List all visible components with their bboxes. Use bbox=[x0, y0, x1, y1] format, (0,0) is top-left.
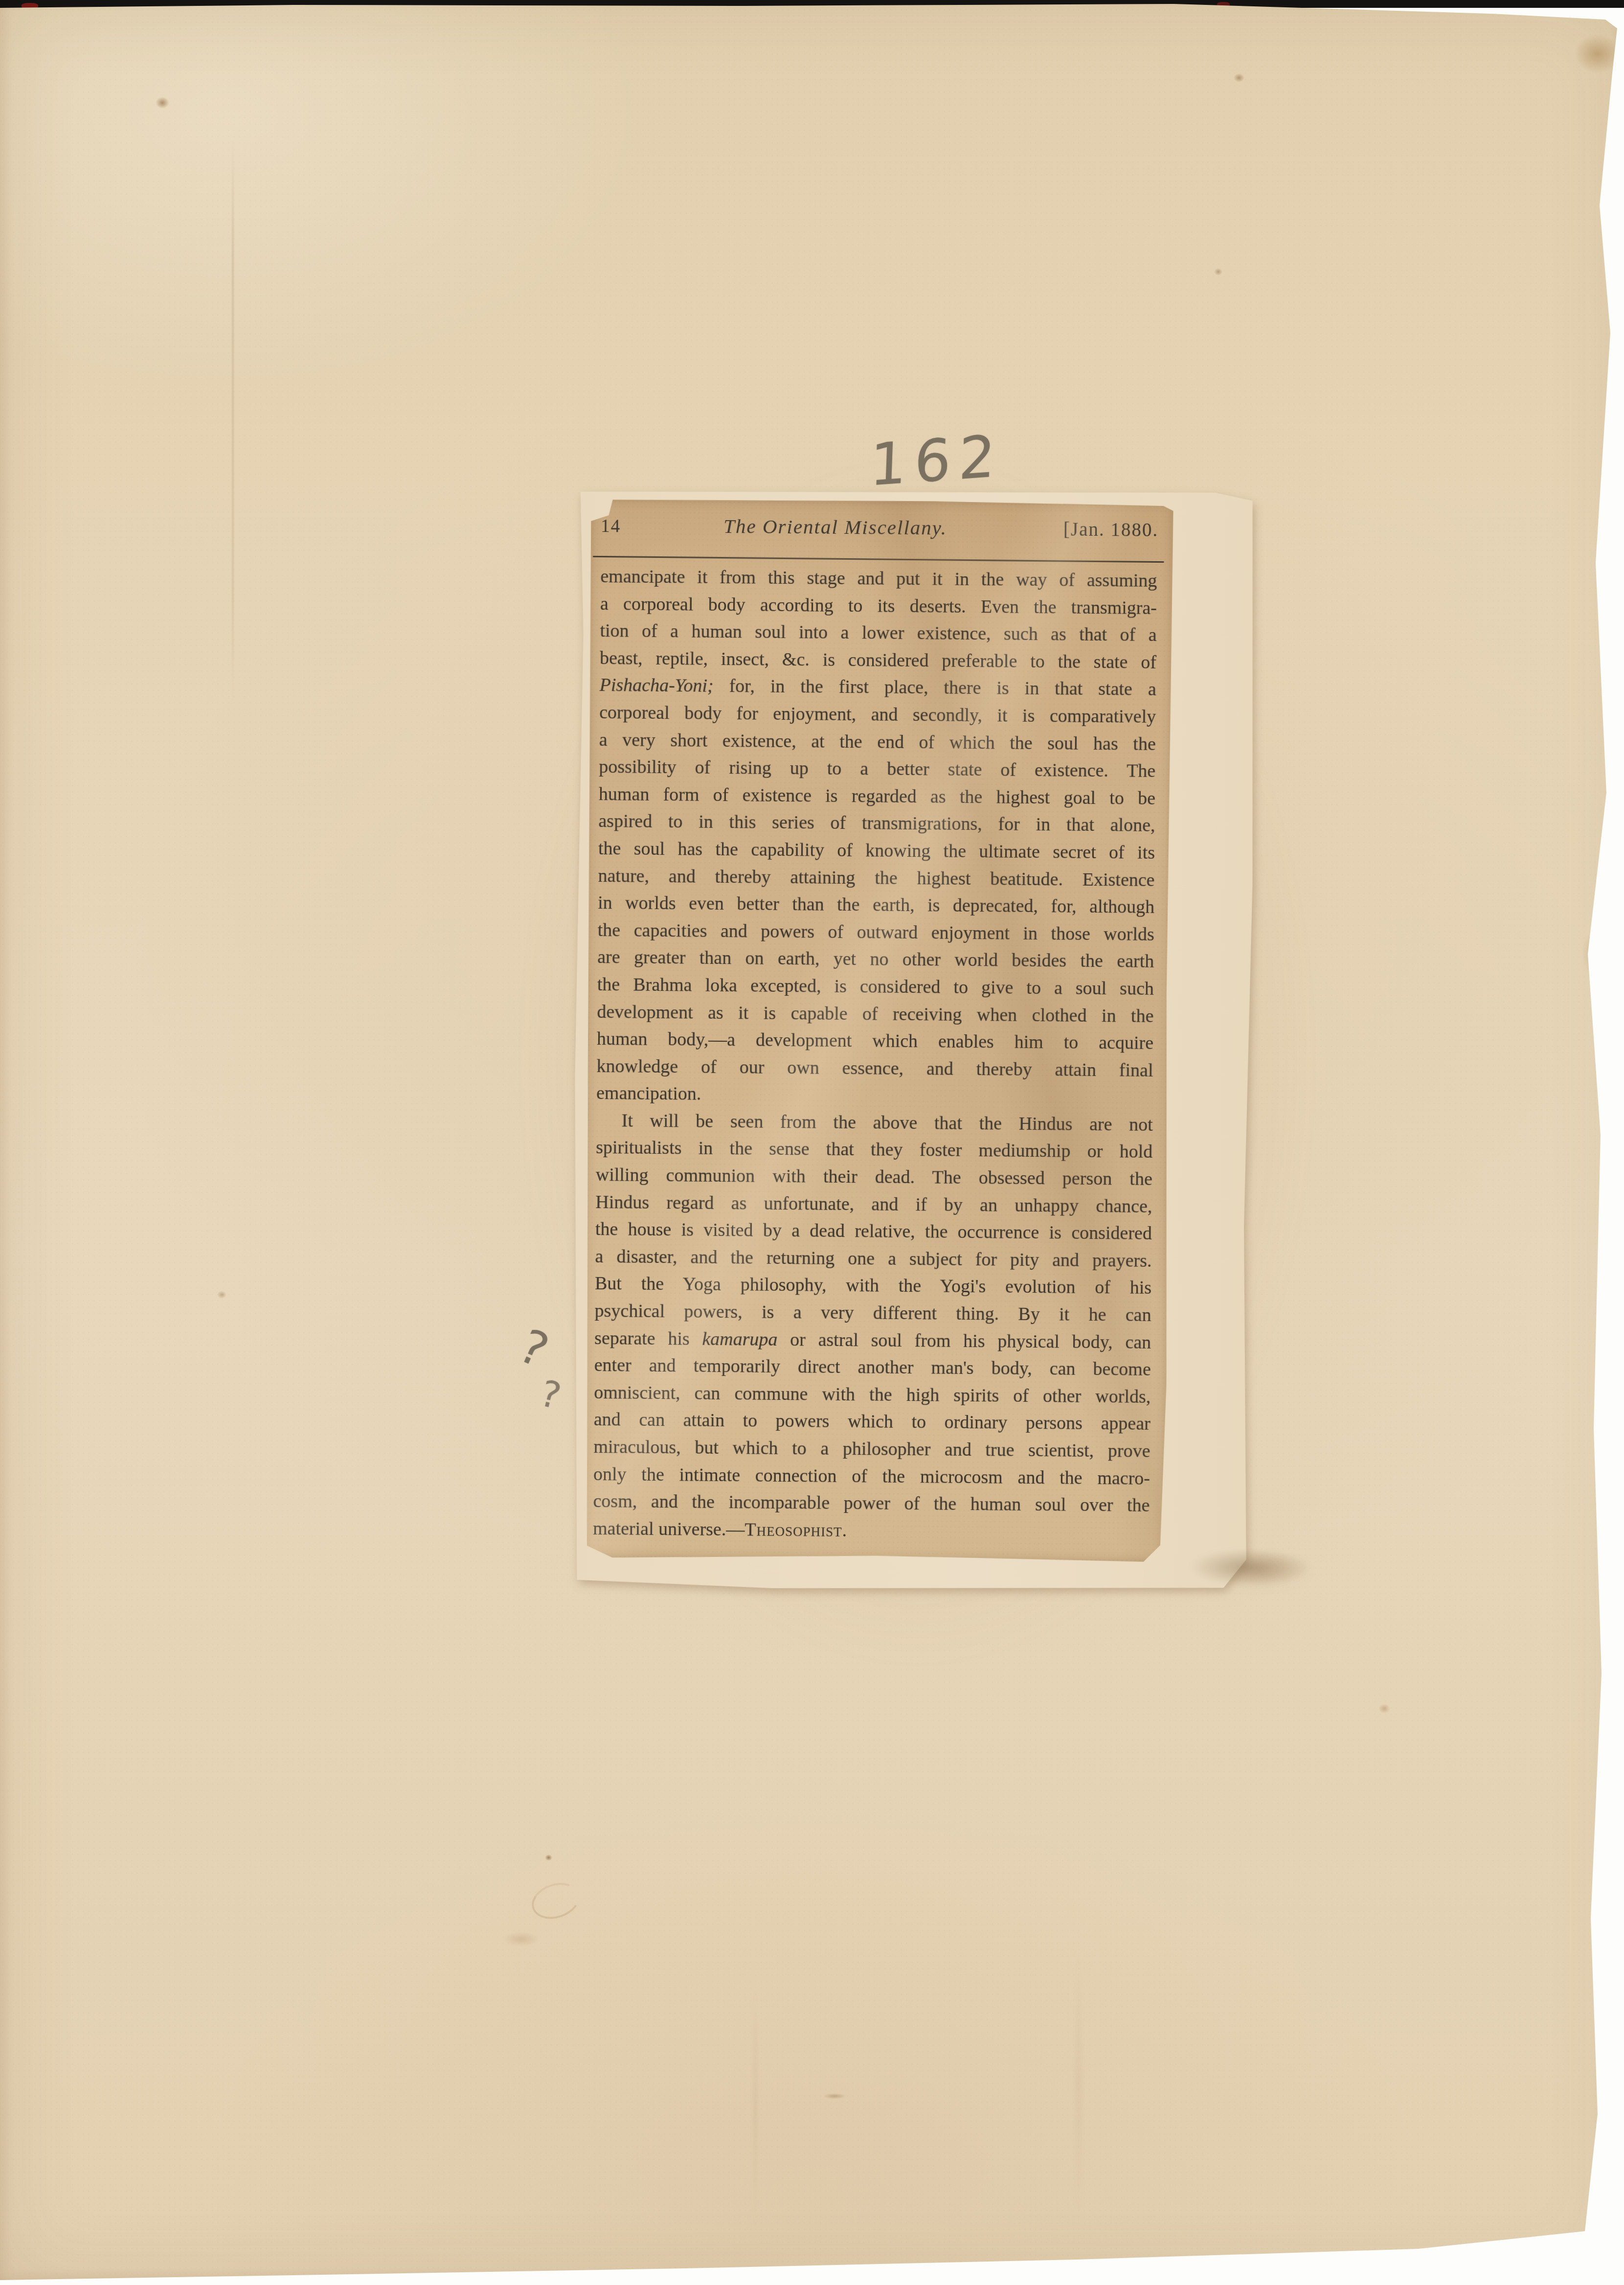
glue-shadow bbox=[1189, 1549, 1312, 1587]
text-line: knowledge of our own essence, and thereb… bbox=[596, 1053, 1153, 1085]
backing-sheet bbox=[566, 488, 1257, 1594]
text-line: cosm, and the incomparable power of the … bbox=[593, 1488, 1150, 1520]
foxing-spot bbox=[545, 1854, 552, 1861]
smallcaps-term: Theosophist. bbox=[744, 1519, 847, 1541]
text-line: are greater than on earth, yet no other … bbox=[597, 944, 1154, 976]
header-rule bbox=[593, 556, 1164, 563]
text-line: human body,—a development which enables … bbox=[597, 1026, 1153, 1057]
scanned-page: 162 ? ? 14 The Oriental Miscellany. [Jan… bbox=[0, 0, 1624, 2285]
text-line: the capacities and powers of outward enj… bbox=[598, 917, 1154, 949]
text-line: omniscient, can commune with the high sp… bbox=[594, 1379, 1150, 1411]
text-line: separate his kamarupa or astral soul fro… bbox=[594, 1325, 1151, 1357]
journal-title: The Oriental Miscellany. bbox=[723, 514, 947, 540]
ring-stain bbox=[527, 1877, 585, 1924]
smudge-stain bbox=[503, 1932, 539, 1946]
text-line: aspired to in this series of transmigrat… bbox=[598, 808, 1155, 840]
text-line: and can attain to powers which to ordina… bbox=[594, 1406, 1150, 1438]
page-number: 14 bbox=[601, 516, 621, 537]
edge-stain bbox=[1574, 34, 1621, 73]
edge-stain bbox=[1582, 930, 1609, 979]
text-line: miraculous, but which to a philosopher a… bbox=[593, 1434, 1150, 1465]
text-line: a very short existence, at the end of wh… bbox=[599, 727, 1156, 758]
paper-texture bbox=[0, 0, 1624, 2285]
text-line: a corporeal body according to its desert… bbox=[600, 591, 1157, 622]
text-line: Pishacha-Yoni; for, in the first place, … bbox=[599, 672, 1156, 704]
text-line: willing communion with their dead. The o… bbox=[596, 1162, 1152, 1193]
foxing-spot bbox=[1234, 73, 1244, 82]
text-line: beast, reptile, insect, &c. is considere… bbox=[600, 645, 1156, 677]
pencil-question-mark: ? bbox=[536, 1372, 565, 1418]
text-line: only the intimate connection of the micr… bbox=[593, 1461, 1150, 1493]
text-line: It will be seen from the above that the … bbox=[596, 1107, 1152, 1139]
italic-term: Pishacha-Yoni; bbox=[600, 675, 714, 696]
album-sheet: 162 ? ? 14 The Oriental Miscellany. [Jan… bbox=[0, 0, 1624, 2285]
text-segment: or astral soul from his physical body, c… bbox=[777, 1329, 1151, 1353]
text-line: the Brahma loka excepted, is considered … bbox=[597, 971, 1154, 1003]
mounted-clipping-group: 14 The Oriental Miscellany. [Jan. 1880. … bbox=[557, 487, 1257, 1595]
newspaper-clipping: 14 The Oriental Miscellany. [Jan. 1880. … bbox=[583, 499, 1173, 1562]
paper-crease bbox=[232, 140, 234, 703]
text-line: tion of a human soul into a lower existe… bbox=[600, 617, 1156, 649]
text-line: development as it is capable of receivin… bbox=[597, 999, 1153, 1030]
text-line: emancipation. bbox=[596, 1080, 1153, 1112]
text-line: spiritualists in the sense that they fos… bbox=[596, 1134, 1152, 1166]
text-line: psychical powers, is a very different th… bbox=[594, 1298, 1151, 1329]
text-line: emancipate it from this stage and put it… bbox=[600, 563, 1157, 595]
text-line: nature, and thereby attaining the highes… bbox=[598, 863, 1154, 894]
text-line: in worlds even better than the earth, is… bbox=[598, 890, 1154, 921]
issue-date: [Jan. 1880. bbox=[1063, 518, 1159, 541]
text-line: human form of existence is regarded as t… bbox=[599, 781, 1155, 813]
foxing-spot bbox=[1378, 1704, 1390, 1714]
paper-streak bbox=[753, 1982, 757, 2236]
text-line: the house is visited by a dead relative,… bbox=[595, 1216, 1152, 1248]
foxing-spot bbox=[217, 1291, 226, 1299]
clipping-header: 14 The Oriental Miscellany. [Jan. 1880. bbox=[601, 513, 1158, 547]
text-line: a disaster, and the returning one a subj… bbox=[595, 1243, 1151, 1275]
handwritten-page-number: 162 bbox=[869, 422, 1004, 499]
italic-term: kamarupa bbox=[702, 1328, 777, 1349]
foxing-spot bbox=[156, 97, 169, 109]
pencil-question-mark: ? bbox=[511, 1318, 556, 1378]
text-segment: separate his bbox=[594, 1328, 702, 1349]
clipping-body-text: emancipate it from this stage and put it… bbox=[593, 563, 1157, 1547]
text-line: enter and temporarily direct another man… bbox=[594, 1352, 1151, 1384]
text-line: material universe.—Theosophist. bbox=[593, 1515, 1150, 1547]
text-line: Hindus regard as unfortunate, and if by … bbox=[595, 1189, 1152, 1221]
text-line: corporeal body for enjoyment, and second… bbox=[599, 699, 1156, 731]
paper-streak bbox=[1076, 1947, 1081, 2221]
text-line: But the Yoga philosophy, with the Yogi's… bbox=[595, 1270, 1151, 1302]
glue-halo bbox=[514, 450, 1321, 1673]
smudge-stain bbox=[823, 2093, 846, 2099]
text-line: the soul has the capability of knowing t… bbox=[598, 835, 1155, 867]
text-segment: for, in the first place, there is in tha… bbox=[713, 676, 1156, 700]
foxing-spot bbox=[1214, 268, 1222, 275]
text-line: possibility of rising up to a better sta… bbox=[599, 754, 1155, 785]
text-segment: material universe.— bbox=[593, 1518, 745, 1540]
